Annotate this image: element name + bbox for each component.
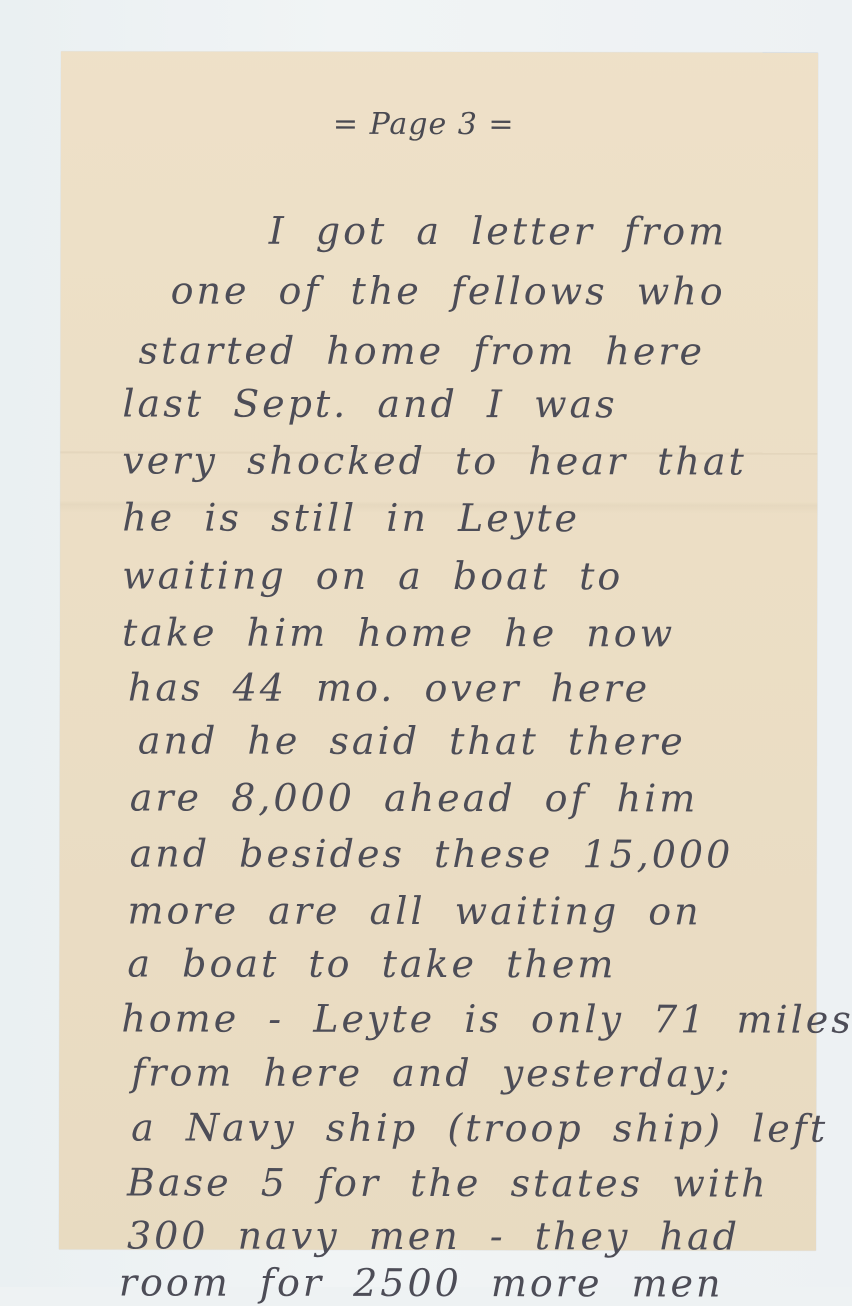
letter-line: he is still in Leyte (122, 498, 580, 537)
letter-line: from here and yesterday; (131, 1053, 732, 1092)
letter-line: room for 2500 more men (119, 1263, 724, 1287)
letter-line: started home from here (138, 331, 705, 370)
letter-line: one of the fellows who (171, 272, 726, 311)
letter-line: and he said that there (138, 721, 686, 760)
letter-line: waiting on a boat to (122, 556, 623, 595)
letter-line: are 8,000 ahead of him (130, 778, 699, 817)
letter-line: take him home he now (122, 613, 675, 652)
letter-line: and besides these 15,000 (130, 834, 734, 873)
letter-line: has 44 mo. over here (128, 668, 650, 707)
letter-line: I got a letter from (269, 212, 728, 251)
letter-line: Base 5 for the states with (127, 1163, 769, 1202)
letter-line: more are all waiting on (128, 891, 702, 930)
letter-line: 300 navy men - they had (127, 1216, 740, 1255)
page-number-heading: = Page 3 = (333, 107, 515, 142)
letter-line: a Navy ship (troop ship) left (131, 1108, 828, 1147)
letter-line: very shocked to hear that (122, 441, 747, 480)
letter-line: home - Leyte is only 71 miles (121, 999, 852, 1038)
letter-line: last Sept. and I was (122, 384, 617, 423)
letter-line: a boat to take them (127, 944, 616, 983)
letter-page: = Page 3 = I got a letter from one of th… (59, 51, 818, 1250)
